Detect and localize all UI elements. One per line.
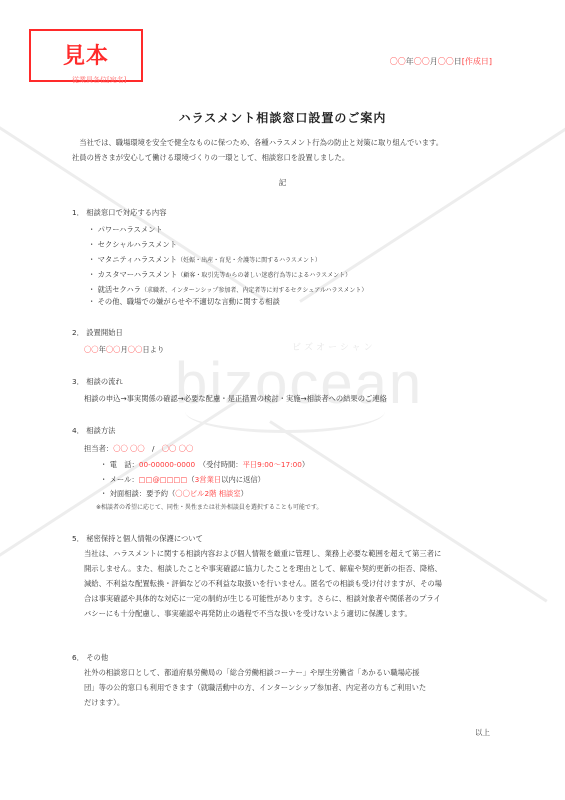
other-paragraph: 社外の相談窓口として、都道府県労働局の「総合労働相談コーナー」や厚生労働省「あか…: [84, 665, 426, 710]
contact-note: ※相談者の希望に応じて、同性・異性または社外相談員を選択することも可能です。: [96, 502, 322, 511]
person-2: 〇〇 〇〇: [162, 444, 194, 453]
mail-reply-rest: 以内に返信）: [221, 475, 265, 484]
section-5-heading: 5． 秘密保持と個人情報の保護について: [72, 534, 203, 544]
paragraph-line: だけます）。: [84, 695, 426, 710]
mail-address: □□@□□□□: [139, 475, 188, 484]
contact-persons: 担当者：〇〇 〇〇 / 〇〇 〇〇: [84, 444, 193, 454]
phone-hours-close: ）: [302, 460, 309, 469]
privacy-paragraph: 当社は、ハラスメントに関する相談内容および個人情報を厳重に管理し、業務上必要な範…: [84, 546, 442, 621]
list-item: ・ マタニティハラスメント（妊娠・出産・育児・介護等に関するハラスメント）: [88, 255, 321, 265]
start-date-month-suffix: 月: [120, 345, 127, 354]
phone-label: ・ 電 話：: [100, 460, 139, 469]
list-item: ・ その他、職場での嫌がらせや不適切な言動に関する相談: [88, 297, 280, 307]
paragraph-line: 減給、不利益な配置転換・評価などの不利益な取扱いを行いません。匿名での相談も受け…: [84, 576, 442, 591]
start-date-year: 〇〇: [84, 345, 99, 354]
document-date: 〇〇年〇〇月〇〇日[作成日]: [390, 56, 492, 67]
paragraph-line: 開示しません。また、相談したことや事実確認に協力したことを理由として、解雇や契約…: [84, 561, 442, 576]
section-2-heading: 2． 設置開始日: [72, 328, 123, 338]
list-item-text: ・ パワーハラスメント: [88, 225, 163, 234]
date-year-suffix: 年: [406, 57, 414, 66]
list-item-text: ・ セクシャルハラスメント: [88, 240, 177, 249]
section-6-heading: 6． その他: [72, 653, 108, 663]
list-item: ・ パワーハラスメント: [88, 225, 163, 235]
closing: 以上: [475, 727, 490, 738]
list-item-note: （求職者、インターンシップ参加者、内定者等に対するセクシュアルハラスメント）: [141, 287, 367, 294]
paragraph-line: 団」等の公的窓口も利用できます（就職活動中の方、インターンシップ参加者、内定者の…: [84, 680, 426, 695]
contact-mail: ・ メール：□□@□□□□（3営業日以内に返信）: [100, 475, 265, 485]
paragraph-line: 当社は、ハラスメントに関する相談内容および個人情報を厳重に管理し、業務上必要な範…: [84, 546, 442, 561]
phone-hours: 平日9:00～17:00: [243, 460, 302, 469]
paragraph-line: 社外の相談窓口として、都道府県労働局の「総合労働相談コーナー」や厚生労働省「あか…: [84, 665, 426, 680]
ki-marker: 記: [0, 177, 565, 188]
section-1-heading: 1． 相談窓口で対応する内容: [72, 208, 167, 218]
contact-phone: ・ 電 話：00-00000-0000 （受付時間：平日9:00～17:00）: [100, 460, 309, 470]
start-date-day: 〇〇: [128, 345, 143, 354]
list-item-text: ・ カスタマーハラスメント: [88, 270, 177, 279]
paragraph-line: 合は事実確認や具体的な対応に一定の制約が生じる可能性があります。さらに、相談対象…: [84, 591, 442, 606]
list-item-note: （妊娠・出産・育児・介護等に関するハラスメント）: [177, 257, 321, 264]
list-item-text: ・ マタニティハラスメント: [88, 255, 177, 264]
intro-paragraph: 当社では、職場環境を安全で健全なものに保つため、各種ハラスメント行為の防止と対策…: [72, 135, 443, 165]
date-year: 〇〇: [390, 57, 406, 66]
start-date-year-suffix: 年: [99, 345, 106, 354]
section-3-heading: 3． 相談の流れ: [72, 377, 123, 387]
recipient: 従業員各位[宛名]: [72, 75, 126, 85]
visit-label: ・ 対面相談：要予約（: [100, 489, 175, 498]
date-month-suffix: 月: [430, 57, 438, 66]
start-date: 〇〇年〇〇月〇〇日より: [84, 345, 164, 355]
visit-place: 〇〇ビル2階 相談室: [175, 489, 240, 498]
mail-label: ・ メール：: [100, 475, 139, 484]
start-date-month: 〇〇: [106, 345, 121, 354]
list-item: ・ 就活セクハラ（求職者、インターンシップ参加者、内定者等に対するセクシュアルハ…: [88, 285, 367, 295]
intro-line: 当社では、職場環境を安全で健全なものに保つため、各種ハラスメント行為の防止と対策…: [72, 135, 443, 150]
person-1: 〇〇 〇〇: [113, 444, 145, 453]
section-4-heading: 4． 相談方法: [72, 426, 115, 436]
phone-hours-open: （受付時間：: [195, 460, 242, 469]
list-item: ・ セクシャルハラスメント: [88, 240, 177, 250]
person-separator: /: [145, 444, 162, 453]
list-item: ・ カスタマーハラスメント（顧客・取引先等からの著しい迷惑行為等によるハラスメン…: [88, 270, 351, 280]
list-item-text: ・ 就活セクハラ: [88, 285, 141, 294]
mail-open: （: [187, 475, 194, 484]
phone-number: 00-00000-0000: [139, 460, 195, 469]
visit-close: ）: [241, 489, 248, 498]
date-day-suffix: 日: [454, 57, 462, 66]
sample-stamp-label: 見本: [63, 39, 109, 70]
list-item-note: （顧客・取引先等からの著しい迷惑行為等によるハラスメント）: [177, 272, 351, 279]
intro-line: 社員の皆さまが安心して働ける環境づくりの一環として、相談窓口を設置しました。: [72, 150, 443, 165]
mail-reply-days: 3営業日: [195, 475, 222, 484]
paragraph-line: バシーにも十分配慮し、事実確認や再発防止の過程で不当な扱いを受けないよう適切に保…: [84, 606, 442, 621]
contact-visit: ・ 対面相談：要予約（〇〇ビル2階 相談室）: [100, 489, 248, 499]
date-month: 〇〇: [414, 57, 430, 66]
consultation-flow: 相談の申込→事実関係の確認→必要な配慮・是正措置の検討・実施→相談者への結果のご…: [84, 394, 387, 404]
date-note: [作成日]: [462, 57, 492, 66]
list-item-text: ・ その他、職場での嫌がらせや不適切な言動に関する相談: [88, 297, 280, 306]
page-title: ハラスメント相談窓口設置のご案内: [0, 109, 565, 126]
date-day: 〇〇: [438, 57, 454, 66]
start-date-day-suffix: 日より: [142, 345, 164, 354]
person-label: 担当者：: [84, 444, 113, 453]
